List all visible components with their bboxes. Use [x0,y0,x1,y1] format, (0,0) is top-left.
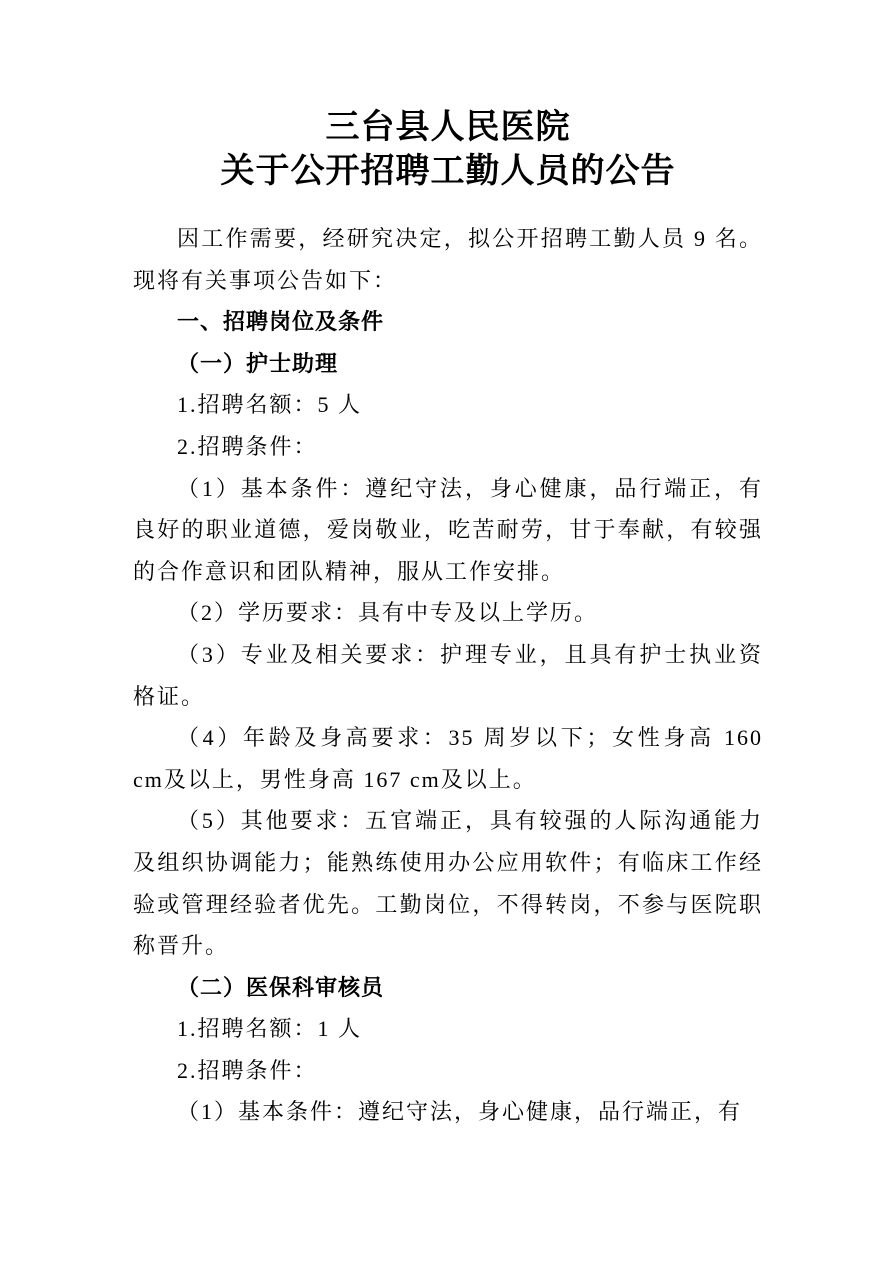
paragraph-nurse-other-requirements: （5）其他要求：五官端正，具有较强的人际沟通能力及组织协调能力；能熟练使用办公应… [133,800,763,966]
paragraph-nurse-conditions-label: 2.招聘条件： [133,426,763,468]
title-line-2: 关于公开招聘工勤人员的公告 [133,150,763,194]
title-line-1: 三台县人民医院 [133,106,763,150]
section-heading-positions-and-conditions: 一、招聘岗位及条件 [133,301,763,343]
paragraph-auditor-basic-conditions-truncated: （1）基本条件：遵纪守法，身心健康，品行端正，有 [133,1091,763,1133]
paragraph-nurse-basic-conditions: （1）基本条件：遵纪守法，身心健康，品行端正，有良好的职业道德，爱岗敬业，吃苦耐… [133,468,763,593]
document-title: 三台县人民医院 关于公开招聘工勤人员的公告 [133,106,763,194]
document-page: 三台县人民医院 关于公开招聘工勤人员的公告 因工作需要，经研究决定，拟公开招聘工… [0,0,895,1262]
paragraph-nurse-quota: 1.招聘名额：5 人 [133,384,763,426]
document-body: 因工作需要，经研究决定，拟公开招聘工勤人员 9 名。现将有关事项公告如下： 一、… [133,218,763,1133]
subsection-heading-nurse-assistant: （一）护士助理 [133,343,763,385]
paragraph-auditor-quota: 1.招聘名额：1 人 [133,1008,763,1050]
paragraph-nurse-age-height-requirement: （4）年龄及身高要求：35 周岁以下；女性身高 160 cm及以上，男性身高 1… [133,717,763,800]
subsection-heading-insurance-auditor: （二）医保科审核员 [133,967,763,1009]
intro-paragraph: 因工作需要，经研究决定，拟公开招聘工勤人员 9 名。现将有关事项公告如下： [133,218,763,301]
paragraph-nurse-education-requirement: （2）学历要求：具有中专及以上学历。 [133,592,763,634]
paragraph-auditor-conditions-label: 2.招聘条件： [133,1050,763,1092]
paragraph-nurse-major-requirement: （3）专业及相关要求：护理专业，且具有护士执业资格证。 [133,634,763,717]
